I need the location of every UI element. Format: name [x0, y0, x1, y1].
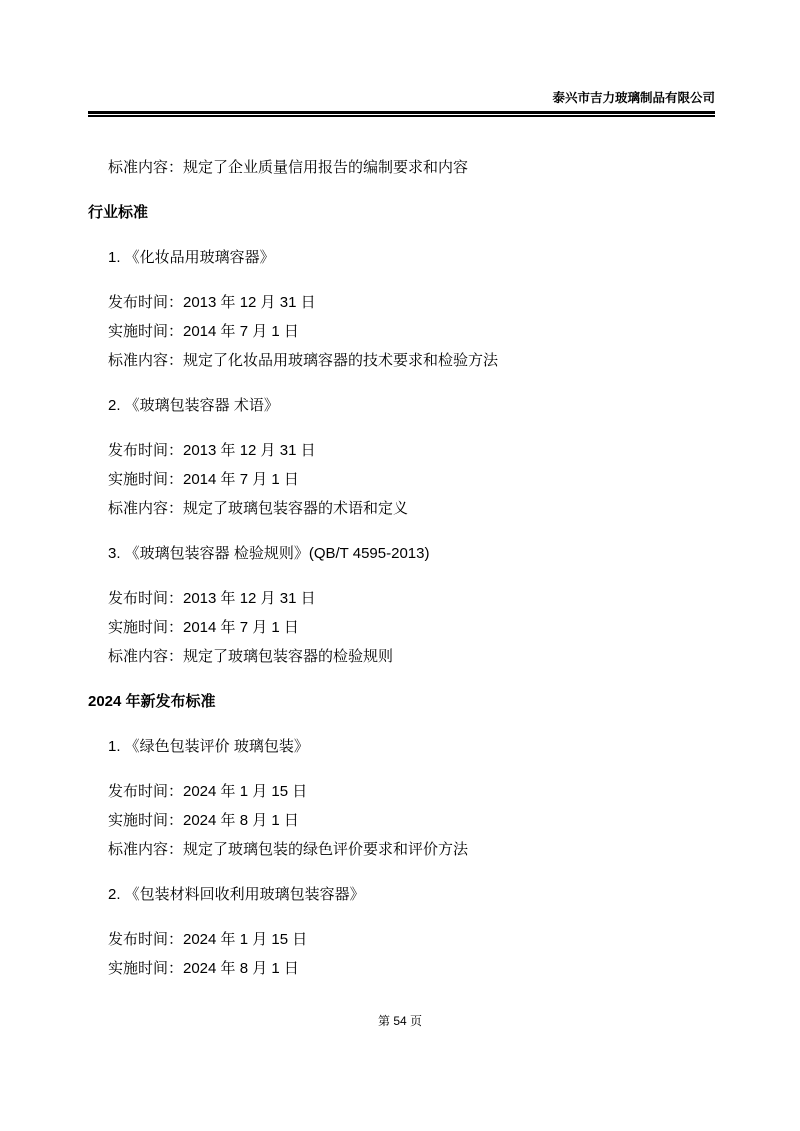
publish-date-line: 发布时间：2013 年 12 月 31 日: [88, 436, 715, 465]
standard-title: 2. 《玻璃包装容器 术语》: [88, 391, 715, 420]
implement-date-line: 实施时间：2024 年 8 月 1 日: [88, 954, 715, 983]
company-name: 泰兴市吉力玻璃制品有限公司: [88, 91, 715, 106]
standard-content-line: 标准内容：规定了玻璃包装容器的术语和定义: [88, 494, 715, 523]
standard-title: 1. 《化妆品用玻璃容器》: [88, 243, 715, 272]
standard-title: 2. 《包装材料回收利用玻璃包装容器》: [88, 880, 715, 909]
intro-standard-content-line: 标准内容：规定了企业质量信用报告的编制要求和内容: [88, 153, 715, 182]
header-rule: [88, 111, 715, 117]
page-number: 第 54 页: [0, 1013, 800, 1029]
header-rule-thin-line: [88, 115, 715, 117]
standard-content-line: 标准内容：规定了玻璃包装的绿色评价要求和评价方法: [88, 835, 715, 864]
implement-date-line: 实施时间：2014 年 7 月 1 日: [88, 317, 715, 346]
publish-date-line: 发布时间：2024 年 1 月 15 日: [88, 925, 715, 954]
standard-content-line: 标准内容：规定了玻璃包装容器的检验规则: [88, 642, 715, 671]
section-heading-2024-standards: 2024 年新发布标准: [88, 687, 715, 716]
document-page: 泰兴市吉力玻璃制品有限公司 标准内容：规定了企业质量信用报告的编制要求和内容 行…: [0, 0, 800, 1131]
document-body: 标准内容：规定了企业质量信用报告的编制要求和内容 行业标准 1. 《化妆品用玻璃…: [88, 153, 715, 983]
implement-date-line: 实施时间：2024 年 8 月 1 日: [88, 806, 715, 835]
standard-title: 3. 《玻璃包装容器 检验规则》(QB/T 4595-2013): [88, 539, 715, 568]
publish-date-line: 发布时间：2024 年 1 月 15 日: [88, 777, 715, 806]
section-heading-industry-standards: 行业标准: [88, 198, 715, 227]
implement-date-line: 实施时间：2014 年 7 月 1 日: [88, 465, 715, 494]
publish-date-line: 发布时间：2013 年 12 月 31 日: [88, 288, 715, 317]
standard-content-line: 标准内容：规定了化妆品用玻璃容器的技术要求和检验方法: [88, 346, 715, 375]
standard-title: 1. 《绿色包装评价 玻璃包装》: [88, 732, 715, 761]
page-header: 泰兴市吉力玻璃制品有限公司: [88, 91, 715, 117]
publish-date-line: 发布时间：2013 年 12 月 31 日: [88, 584, 715, 613]
implement-date-line: 实施时间：2014 年 7 月 1 日: [88, 613, 715, 642]
